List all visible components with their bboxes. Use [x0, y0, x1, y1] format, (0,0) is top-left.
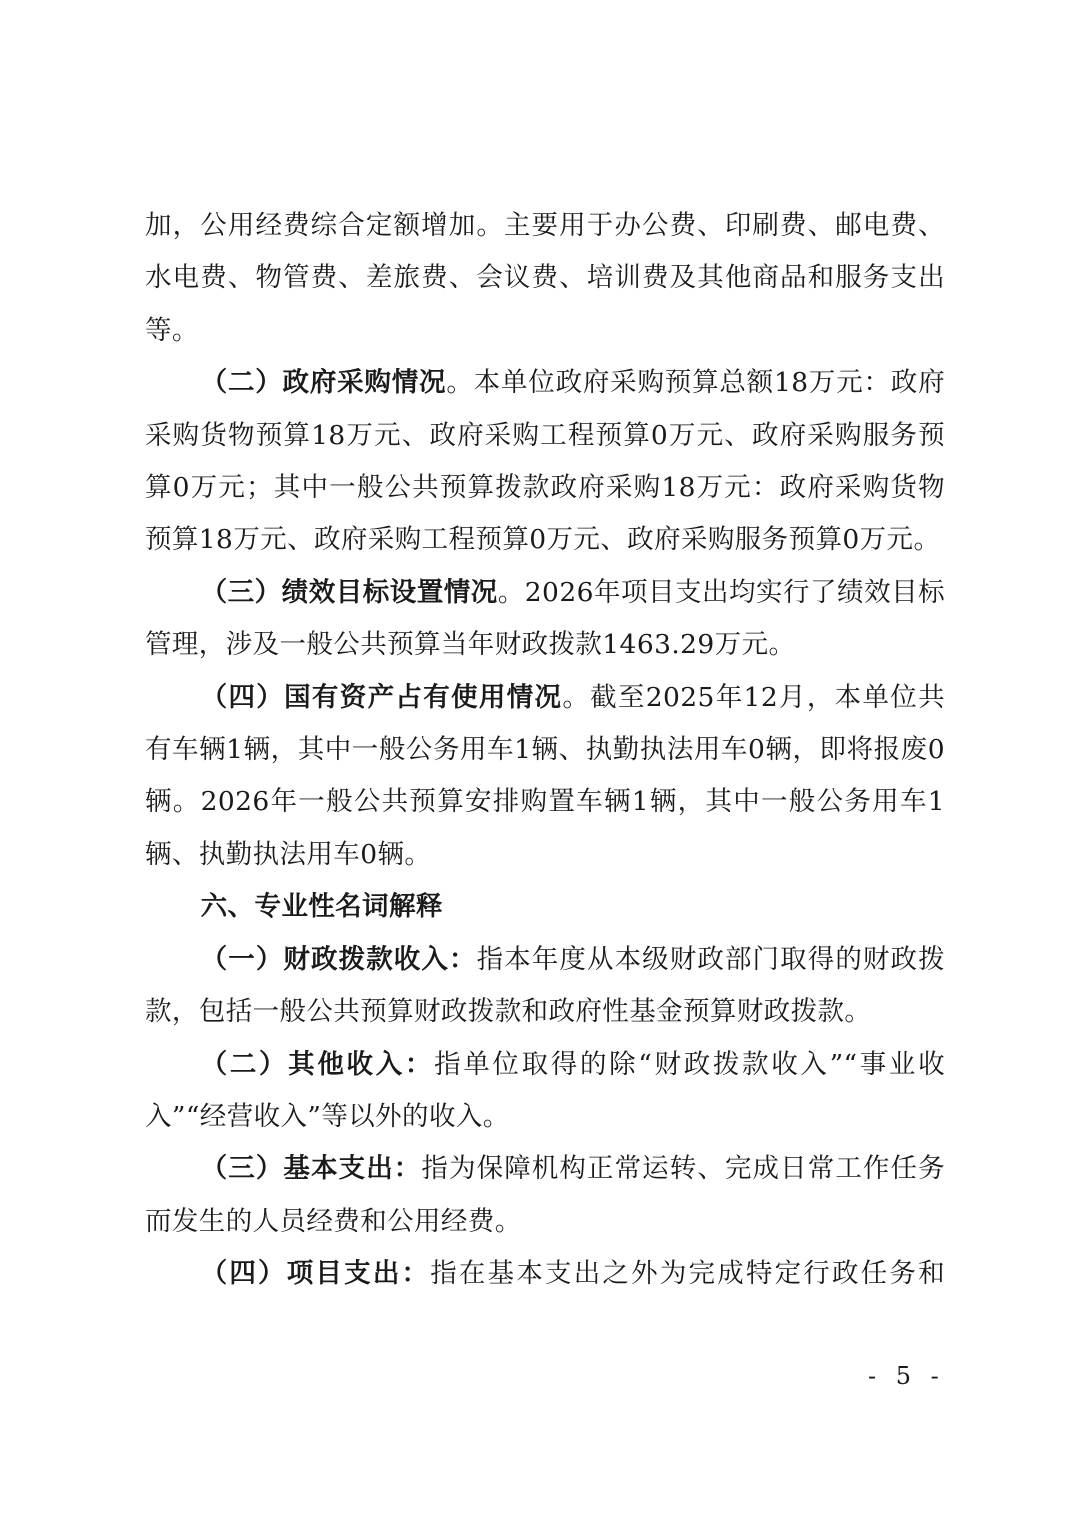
- definition-fiscal-appropriation-income: （一）财政拨款收入：指本年度从本级财政部门取得的财政拨款，包括一般公共预算财政拨…: [145, 934, 945, 1039]
- paragraph-text: 加，公用经费综合定额增加。主要用于办公费、印刷费、邮电费、水电费、物管费、差旅费…: [145, 210, 945, 346]
- definition-term: （一）财政拨款收入：: [201, 944, 477, 975]
- definition-term: （四）项目支出：: [201, 1258, 431, 1289]
- paragraph-continuation: 加，公用经费综合定额增加。主要用于办公费、印刷费、邮电费、水电费、物管费、差旅费…: [145, 200, 945, 357]
- definition-basic-expenditure: （三）基本支出：指为保障机构正常运转、完成日常工作任务而发生的人员经费和公用经费…: [145, 1143, 945, 1248]
- paragraph-performance-targets: （三）绩效目标设置情况。2026年项目支出均实行了绩效目标管理，涉及一般公共预算…: [145, 567, 945, 672]
- paragraph-state-assets: （四）国有资产占有使用情况。截至2025年12月，本单位共有车辆1辆，其中一般公…: [145, 672, 945, 882]
- section-heading: 六、专业性名词解释: [145, 881, 945, 933]
- definition-text: 指在基本支出之外为完成特定行政任务和: [430, 1258, 945, 1289]
- definition-other-income: （二）其他收入：指单位取得的除“财政拨款收入”“事业收入”“经营收入”等以外的收…: [145, 1039, 945, 1144]
- paragraph-lead: （三）绩效目标设置情况: [201, 577, 498, 608]
- definition-project-expenditure: （四）项目支出：指在基本支出之外为完成特定行政任务和: [145, 1248, 945, 1300]
- document-page: 加，公用经费综合定额增加。主要用于办公费、印刷费、邮电费、水电费、物管费、差旅费…: [145, 200, 945, 1301]
- paragraph-lead: （四）国有资产占有使用情况: [201, 682, 563, 713]
- page-number: - 5 -: [868, 1362, 945, 1390]
- paragraph-government-procurement: （二）政府采购情况。本单位政府采购预算总额18万元：政府采购货物预算18万元、政…: [145, 357, 945, 567]
- definition-term: （二）其他收入：: [201, 1049, 434, 1080]
- definition-term: （三）基本支出：: [201, 1153, 422, 1184]
- paragraph-lead: （二）政府采购情况: [201, 367, 447, 398]
